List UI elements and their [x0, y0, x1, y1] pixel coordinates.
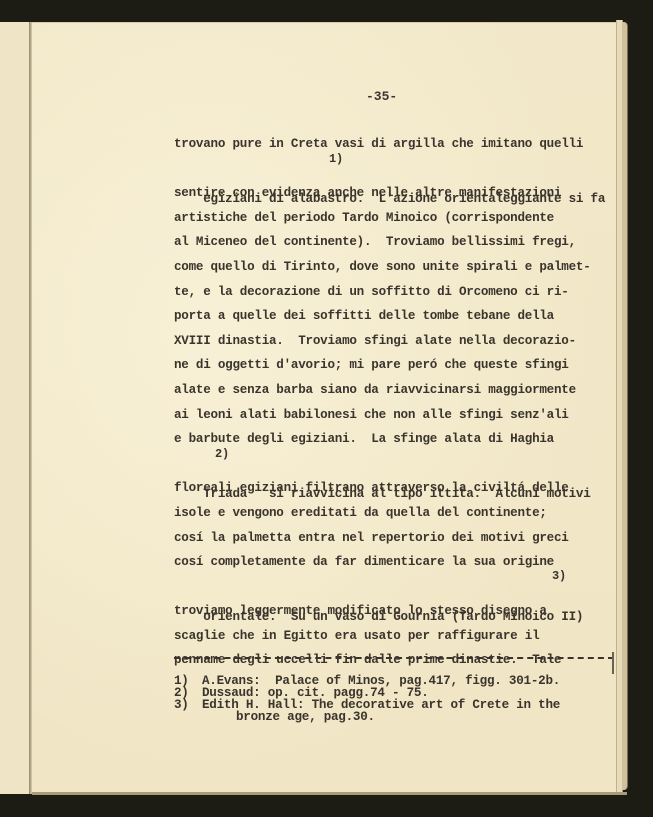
text-line: sentire con evidenza anche nelle altre m…: [174, 186, 594, 211]
footnote-number: 3): [174, 699, 202, 711]
text-line: porta a quelle dei soffitti delle tombe …: [174, 309, 594, 334]
text-line: trovano pure in Creta vasi di argilla ch…: [174, 137, 594, 162]
body-text: trovano pure in Creta vasi di argilla ch…: [174, 137, 594, 678]
text-line: artistiche del periodo Tardo Minoico (co…: [174, 211, 594, 236]
text-line: scaglie che in Egitto era usato per raff…: [174, 629, 594, 654]
facing-page-edge: [0, 22, 30, 794]
text-line: cosí completamente da far dimenticare la…: [174, 555, 594, 580]
text-line: come quello di Tirinto, dove sono unite …: [174, 260, 594, 285]
text-line-with-footnote-ref: 3) orientale. Su un vaso di Gournia (Tar…: [174, 580, 594, 605]
footnote-ref-1: 1): [329, 152, 343, 167]
text-line-with-footnote-ref: 1) egiziani di alabastro. L'azione orien…: [174, 162, 594, 187]
text-line: te, e la decorazione di un soffitto di O…: [174, 285, 594, 310]
footnote-3-continuation: bronze age, pag.30.: [174, 711, 614, 723]
text-line: ne di oggetti d'avorio; mi pare peró che…: [174, 358, 594, 383]
footnote-ref-2: 2): [215, 447, 229, 462]
text-line: ai leoni alati babilonesi che non alle s…: [174, 408, 594, 433]
footnotes: 1) A.Evans: Palace of Minos, pag.417, fi…: [174, 675, 614, 723]
footnote-separator: [174, 657, 614, 659]
text-line: XVIII dinastia. Troviamo sfingi alate ne…: [174, 334, 594, 359]
text-line: isole e vengono ereditati da quella del …: [174, 506, 594, 531]
text-line: troviamo leggermente modificato lo stess…: [174, 604, 594, 629]
book-cover-edge: [622, 22, 628, 790]
text-line: floreali egiziani filtrano attraverso la…: [174, 481, 594, 506]
separator-mark: [612, 652, 614, 674]
text-line: al Miceneo del continente). Troviamo bel…: [174, 235, 594, 260]
page-number: -35-: [366, 89, 397, 104]
text-line: cosí la palmetta entra nel repertorio de…: [174, 531, 594, 556]
text-line: alate e senza barba siano da riavvicinar…: [174, 383, 594, 408]
footnote-ref-3: 3): [552, 569, 566, 584]
page-bottom-edge: [32, 792, 627, 795]
text-line: e barbute degli egiziani. La sfinge alat…: [174, 432, 594, 457]
text-line-with-footnote-ref: 2) Triada si riavvicina al tipo ittita. …: [174, 457, 594, 482]
